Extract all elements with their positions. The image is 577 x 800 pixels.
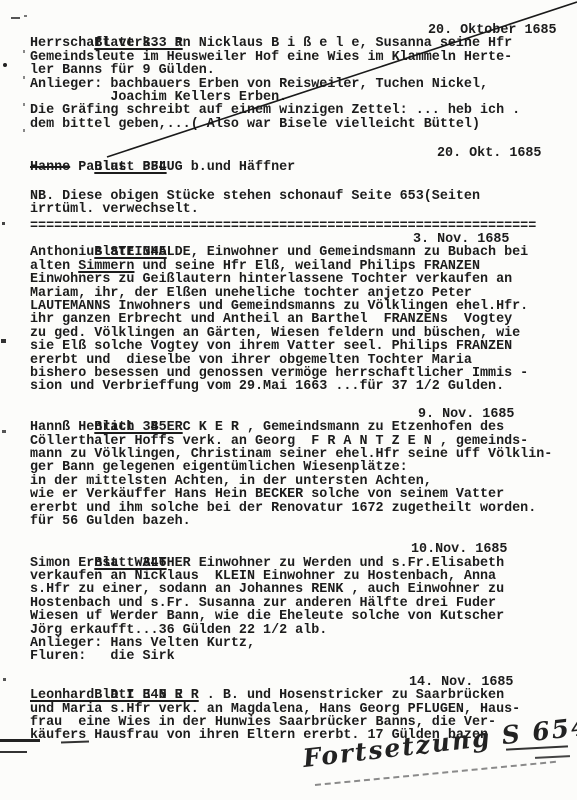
scan-artifact — [23, 50, 25, 53]
entry-blatt-346: Blatt 346 10.Nov. 1685 Simon Ernst WALTH… — [30, 543, 577, 664]
scan-artifact — [3, 678, 6, 681]
scan-artifact — [535, 755, 570, 759]
scan-artifact — [61, 741, 89, 744]
entry-date: 20. Okt. 1685 — [437, 147, 541, 160]
entry-heading-line: Blatt 345 3. Nov. 1685 — [30, 233, 577, 246]
entry-heading-line: Blatt 333 R 20. Oktober 1685 — [30, 24, 577, 37]
blatt-number: Blatt 346 — [94, 556, 166, 571]
text-line: mann zu Völklingen, Christinam seiner eh… — [30, 448, 577, 461]
text-line: in der mittelsten Achten, in der unterst… — [30, 475, 577, 488]
scan-artifact — [3, 63, 7, 67]
text-line: ererbt und dieselbe von ihrer obgemelten… — [30, 354, 577, 367]
entry-heading-line: Blatt 334 20. Okt. 1685 — [30, 147, 577, 160]
text-line: Joachim Kellers Erben. — [30, 91, 577, 104]
entry-blatt-334: Blatt 334 20. Okt. 1685 Hanne Paulus PFL… — [30, 147, 577, 174]
scan-artifact — [11, 17, 20, 19]
entry-heading-line: Blatt 346 10.Nov. 1685 — [30, 543, 577, 556]
text-line: irrtüml. verwechselt. — [30, 203, 577, 216]
blatt-number: Blatt 334 — [94, 160, 166, 175]
scan-artifact — [24, 15, 27, 17]
text-line: sie Elß solche Vogtey von ihrem Vatter s… — [30, 340, 577, 353]
text-line: LAUTEMANNS Inwohners und Gemeindsmanns z… — [30, 300, 577, 313]
entry-date-year-struck: 1685 — [524, 23, 556, 38]
entry-date: 10.Nov. 1685 — [411, 543, 507, 556]
text-part: . B. und Hosenstricker zu Saarbrücken — [199, 688, 504, 703]
entry-date: 14. Nov. 1685 — [409, 676, 513, 689]
text-line: Mariam, ihr, der Elßen uneheliche tochte… — [30, 287, 577, 300]
entry-blatt-345r: Blatt 345 R 9. Nov. 1685 Hannß Henrich B… — [30, 408, 577, 529]
text-line: zu ged. Völklingen an Gärten, Wiesen fel… — [30, 327, 577, 340]
scan-artifact — [23, 76, 25, 79]
text-line: Wiesen uf Werder Bann, wie die Eheleute … — [30, 610, 577, 623]
text-line: Hostenbach und s.Fr. Susanna zur anderen… — [30, 597, 577, 610]
text-line: Gemeindsleute im Heusweiler Hof eine Wie… — [30, 51, 577, 64]
text-line: wie er Verkäuffer Hans Hein BECKER solch… — [30, 488, 577, 501]
typewritten-content: Blatt 333 R 20. Oktober 1685 Herrschaft … — [30, 24, 577, 743]
text-line: NB. Diese obigen Stücke stehen schonauf … — [30, 190, 577, 203]
text-line: Einwohners zu Geißlautern hinterlassene … — [30, 273, 577, 286]
text-line: bishero besessen und genossen vermöge he… — [30, 367, 577, 380]
text-line: Anlieger: bachbauers Erben von Reisweile… — [30, 78, 577, 91]
text-line: und Maria s.Hfr verk. an Magdalena, Hans… — [30, 703, 577, 716]
scan-artifact — [2, 222, 5, 225]
entry-blatt-333r: Blatt 333 R 20. Oktober 1685 Herrschaft … — [30, 24, 577, 131]
blatt-number: Blatt 346 R — [94, 688, 182, 703]
text-line: Anlieger: Hans Velten Kurtz, — [30, 637, 577, 650]
text-line: ihr ganzen Erbrecht und Antheil an Barth… — [30, 313, 577, 326]
entry-date: 20. Oktober 1685 — [428, 24, 557, 37]
text-line: Fluren: die Sirk — [30, 650, 577, 663]
blatt-number: Blatt 345 — [94, 245, 166, 260]
text-line: Die Gräfing schreibt auf einem winzigen … — [30, 104, 577, 117]
text-line: alten Simmern und seine Hfr Elß, weiland… — [30, 260, 577, 273]
text-line: für 56 Gulden bazeh. — [30, 515, 577, 528]
document-page: Blatt 333 R 20. Oktober 1685 Herrschaft … — [0, 0, 577, 800]
text-line: Jörg erkaufft...36 Gülden 22 1/2 alb. — [30, 624, 577, 637]
entry-heading-line: Blatt 345 R 9. Nov. 1685 — [30, 408, 577, 421]
scan-artifact — [1, 339, 6, 343]
blatt-number: Blatt 345 R — [94, 420, 182, 435]
entry-date-text: 20. Oktober — [428, 23, 524, 38]
nb-note: NB. Diese obigen Stücke stehen schonauf … — [30, 190, 577, 217]
entry-date: 9. Nov. 1685 — [418, 408, 514, 421]
scan-artifact — [0, 739, 40, 742]
text-line: dem bittel geben,...( Also war Bisele vi… — [30, 118, 577, 131]
text-line: sion und Verbrieffung vom 29.Mai 1663 ..… — [30, 380, 577, 393]
entry-blatt-345: Blatt 345 3. Nov. 1685 Anthonius STEINHA… — [30, 233, 577, 394]
scan-artifact — [23, 103, 25, 106]
scan-artifact — [0, 751, 27, 753]
text-line: Cöllerthaler Hoffs verk. an Georg F R A … — [30, 435, 577, 448]
text-line: verkaufen an Nicklaus KLEIN Einwohner zu… — [30, 570, 577, 583]
text-line: ler Banns für 9 Gülden. — [30, 64, 577, 77]
entry-date: 3. Nov. 1685 — [413, 233, 509, 246]
blatt-number: Blatt 333 R — [94, 36, 182, 51]
text-line: ererbt und ihm solche bei der Renovatur … — [30, 502, 577, 515]
scan-artifact — [2, 430, 6, 433]
text-line: ger Bann gelegenen eigentümlichen Wiesen… — [30, 461, 577, 474]
scan-artifact — [23, 129, 25, 132]
entry-heading-line: Blatt 346 R 14. Nov. 1685 — [30, 676, 577, 689]
text-line: s.Hfr zu einer, sodann an Johannes RENK … — [30, 583, 577, 596]
separator-line: ========================================… — [30, 220, 577, 233]
